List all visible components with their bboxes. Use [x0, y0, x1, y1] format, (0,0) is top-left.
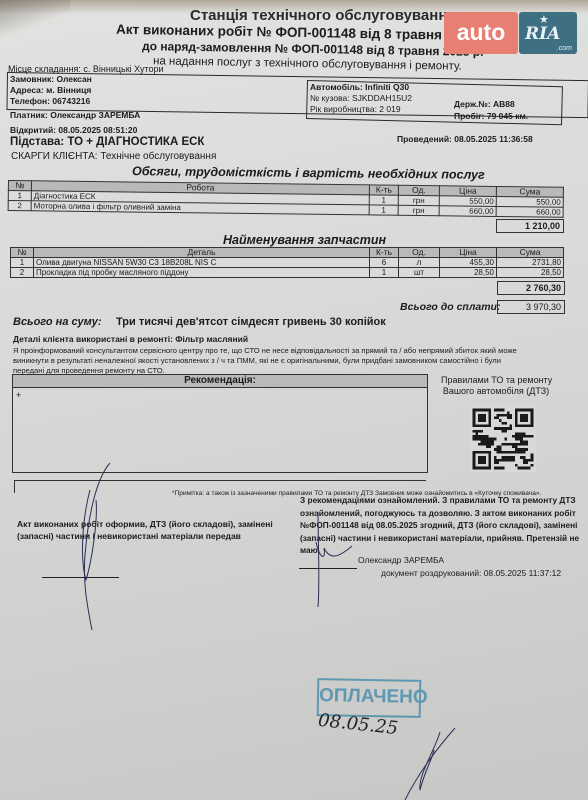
table-row: 2Прокладка під пробку масляного піддону1…: [11, 268, 564, 278]
row-unit: л: [399, 258, 440, 268]
signer-name: Олександр ЗАРЕМБА: [358, 555, 444, 565]
vehicle-model: Автомобіль: Infiniti Q30: [310, 82, 409, 92]
parts-header-row: № Деталь К-ть Од. Ціна Сума: [11, 248, 564, 258]
row-unit: грн: [398, 205, 439, 216]
purpose-line: на надання послуг з технічного обслугову…: [153, 55, 462, 72]
photo-corner-shadow: [0, 0, 70, 40]
autoria-com-text: .com: [557, 45, 572, 52]
vehicle-mileage: Пробіг: 79 045 км.: [454, 111, 528, 121]
signature-right-line-2: ознайомлений, погоджуюсь та дозволяю. З …: [300, 507, 579, 520]
row-name: Прокладка під пробку масляного піддону: [34, 268, 370, 278]
signature-right-line-4: (запасні) частини і невикористані матері…: [300, 532, 579, 545]
basis: Підстава: ТО + ДІАГНОСТИКА ЕСК: [10, 136, 204, 148]
col-qty: К-ть: [370, 248, 399, 258]
rules-line-2: Вашого автомобіля (ДТЗ): [441, 386, 551, 396]
autoria-auto-text: auto: [457, 19, 506, 45]
col-part: Деталь: [34, 248, 370, 258]
signature-right-block: З рекомендаціями ознайомлений. З правила…: [300, 494, 579, 557]
autoria-logo-ria: ★ RIA .com: [519, 12, 577, 54]
total-sum-words: Три тисячі дев'ятсот сімдесят гривень 30…: [116, 316, 386, 328]
printed-timestamp: документ роздрукований: 08.05.2025 11:37…: [381, 568, 561, 578]
row-sum: 660,00: [496, 206, 563, 217]
signature-left-line-1: Акт виконаних робіт оформив, ДТЗ (його с…: [17, 519, 273, 529]
signature-right-line-1: З рекомендаціями ознайомлений. З правила…: [300, 494, 579, 507]
autoria-logo-auto: auto: [444, 12, 518, 54]
row-number: 1: [8, 191, 31, 201]
signature-line-left: [42, 577, 119, 578]
col-price: Ціна: [439, 186, 496, 197]
recommendation-box: Рекомендація: +: [12, 374, 428, 473]
row-name: Олива двигуна NISSAN 5W30 C3 18B208L NIS…: [34, 258, 370, 268]
row-qty: 6: [370, 258, 399, 268]
col-unit: Од.: [399, 248, 440, 258]
col-number: №: [8, 181, 31, 191]
customer-name: Замовник: Олексан: [10, 74, 92, 84]
vehicle-vin: № кузова: SJKDDAH15U2: [310, 93, 412, 103]
opened-date: Відкритий: 08.05.2025 08:51:20: [10, 125, 137, 135]
row-number: 2: [11, 268, 34, 278]
autoria-ria-text: RIA: [525, 24, 560, 44]
amount-due-label: Всього до сплати:: [400, 301, 500, 313]
parts-table: № Деталь К-ть Од. Ціна Сума 1Олива двигу…: [10, 247, 564, 278]
services-total: 1 210,00: [496, 219, 564, 233]
customer-phone: Телефон: 06743216: [10, 96, 90, 106]
rules-line-1: Правилами ТО та ремонту: [441, 375, 551, 385]
row-number: 2: [8, 201, 31, 211]
recommendation-title: Рекомендація:: [13, 375, 427, 388]
client-parts-note: Деталі клієнта використані в ремонті: Фі…: [13, 334, 248, 344]
disclaimer-line-2: виникнути в результаті неналежної якості…: [13, 356, 501, 365]
disclaimer-line-1: Я проінформований консультантом сервісно…: [13, 346, 517, 355]
payer: Платник: Олександр ЗАРЕМБА: [10, 110, 140, 120]
signature-line-right: [299, 568, 357, 569]
table-row: 1Олива двигуна NISSAN 5W30 C3 18B208L NI…: [11, 258, 564, 268]
vehicle-year: Рік виробництва: 2 019: [310, 104, 401, 114]
signature-right-line-3: №ФОП-001148 від 08.05.2025 згодний, ДТЗ …: [300, 519, 579, 532]
row-price: 455,30: [440, 258, 497, 268]
form-border-line: [14, 481, 15, 493]
vehicle-plate: Держ.№: AB88: [454, 99, 515, 109]
col-unit: Од.: [398, 185, 439, 196]
customer-address: Адреса: м. Вінниця: [10, 85, 91, 95]
qr-code-icon[interactable]: [470, 405, 536, 473]
col-sum: Сума: [497, 248, 564, 258]
parts-title: Найменування запчастин: [223, 233, 386, 247]
form-border-top: [14, 480, 426, 481]
station-title: Станція технічного обслуговування: [190, 7, 456, 24]
client-complaints: СКАРГИ КЛІЄНТА: Технічне обслуговування: [11, 151, 216, 162]
row-sum: 28,50: [497, 268, 564, 278]
row-price: 28,50: [440, 268, 497, 278]
services-table: № Робота К-ть Од. Ціна Сума 1Діагностика…: [8, 180, 564, 218]
total-sum-label: Всього на суму:: [13, 316, 102, 328]
row-unit: грн: [398, 195, 439, 206]
row-qty: 1: [370, 268, 399, 278]
col-qty: К-ть: [369, 185, 398, 195]
row-qty: 1: [369, 195, 398, 205]
amount-due-value: 3 970,30: [497, 300, 565, 314]
row-price: 660,00: [439, 206, 496, 217]
col-price: Ціна: [440, 248, 497, 258]
recommendation-body: +: [13, 388, 427, 402]
completed-date: Проведений: 08.05.2025 11:36:58: [397, 134, 533, 144]
services-title: Обсяги, трудомісткість і вартість необхі…: [132, 164, 485, 182]
row-sum: 2731,80: [497, 258, 564, 268]
col-number: №: [11, 248, 34, 258]
row-qty: 1: [369, 205, 398, 215]
row-number: 1: [11, 258, 34, 268]
row-price: 550,00: [439, 196, 496, 207]
row-unit: шт: [399, 268, 440, 278]
signature-left-line-2: (запасні) частини і невикористані матері…: [17, 531, 241, 541]
parts-total: 2 760,30: [497, 281, 565, 295]
